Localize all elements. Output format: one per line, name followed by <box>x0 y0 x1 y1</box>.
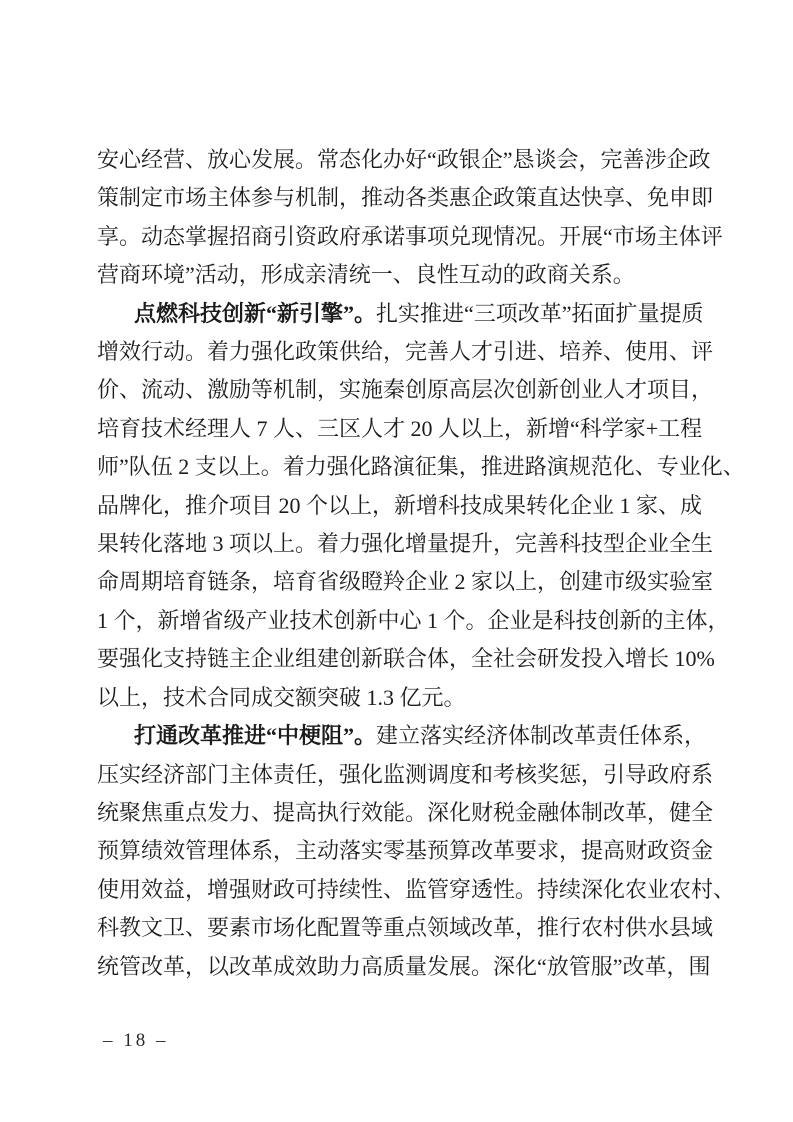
text-line: 以上，技术合同成交额突破 1.3 亿元。 <box>97 679 701 717</box>
text-line: 1 个，新增省级产业技术创新中心 1 个。企业是科技创新的主体， <box>97 602 701 640</box>
paragraph-tech-innovation: 点燃科技创新“新引擎”。扎实推进“三项改革”拓面扩量提质 增效行动。着力强化政策… <box>97 295 701 717</box>
paragraph-lead-bold: 点燃科技创新“新引擎”。 <box>134 301 376 326</box>
paragraph-lead-rest: 扎实推进“三项改革”拓面扩量提质 <box>376 301 704 326</box>
text-line: 压实经济部门主体责任，强化监测调度和考核奖惩，引导政府系 <box>97 756 701 794</box>
text-line: 价、流动、激励等机制，实施秦创原高层次创新创业人才项目， <box>97 371 701 409</box>
text-line: 品牌化，推介项目 20 个以上，新增科技成果转化企业 1 家、成 <box>97 487 701 525</box>
text-line: 预算绩效管理体系，主动落实零基预算改革要求，提高财政资金 <box>97 832 701 870</box>
text-line: 打通改革推进“中梗阻”。建立落实经济体制改革责任体系， <box>97 717 701 755</box>
text-line: 策制定市场主体参与机制，推动各类惠企政策直达快享、免申即 <box>97 179 701 217</box>
text-line: 命周期培育链条，培育省级瞪羚企业 2 家以上，创建市级实验室 <box>97 563 701 601</box>
text-line: 使用效益，增强财政可持续性、监管穿透性。持续深化农业农村、 <box>97 871 701 909</box>
text-line: 点燃科技创新“新引擎”。扎实推进“三项改革”拓面扩量提质 <box>97 295 701 333</box>
paragraph-business-environment: 安心经营、放心发展。常态化办好“政银企”恳谈会，完善涉企政 策制定市场主体参与机… <box>97 141 701 295</box>
text-line: 师”队伍 2 支以上。着力强化路演征集，推进路演规范化、专业化、 <box>97 448 701 486</box>
document-page: 安心经营、放心发展。常态化办好“政银企”恳谈会，完善涉企政 策制定市场主体参与机… <box>0 0 793 1122</box>
paragraph-lead-bold: 打通改革推进“中梗阻”。 <box>134 723 376 748</box>
page-number: – 18 – <box>103 1030 169 1051</box>
text-line: 统聚焦重点发力、提高执行效能。深化财税金融体制改革，健全 <box>97 794 701 832</box>
page-footer: – 18 – <box>103 1030 169 1052</box>
text-line: 统管改革，以改革成效助力高质量发展。深化“放管服”改革，围 <box>97 948 701 986</box>
text-line: 增效行动。着力强化政策供给，完善人才引进、培养、使用、评 <box>97 333 701 371</box>
text-line: 享。动态掌握招商引资政府承诺事项兑现情况。开展“市场主体评 <box>97 218 701 256</box>
document-body: 安心经营、放心发展。常态化办好“政银企”恳谈会，完善涉企政 策制定市场主体参与机… <box>97 141 701 986</box>
text-line: 营商环境”活动，形成亲清统一、良性互动的政商关系。 <box>97 256 701 294</box>
paragraph-reform: 打通改革推进“中梗阻”。建立落实经济体制改革责任体系， 压实经济部门主体责任，强… <box>97 717 701 986</box>
text-line: 科教文卫、要素市场化配置等重点领域改革，推行农村供水县域 <box>97 909 701 947</box>
paragraph-lead-rest: 建立落实经济体制改革责任体系， <box>376 723 706 748</box>
text-line: 要强化支持链主企业组建创新联合体，全社会研发投入增长 10% <box>97 640 701 678</box>
text-line: 安心经营、放心发展。常态化办好“政银企”恳谈会，完善涉企政 <box>97 141 701 179</box>
text-line: 果转化落地 3 项以上。着力强化增量提升，完善科技型企业全生 <box>97 525 701 563</box>
text-line: 培育技术经理人 7 人、三区人才 20 人以上，新增“科学家+工程 <box>97 410 701 448</box>
